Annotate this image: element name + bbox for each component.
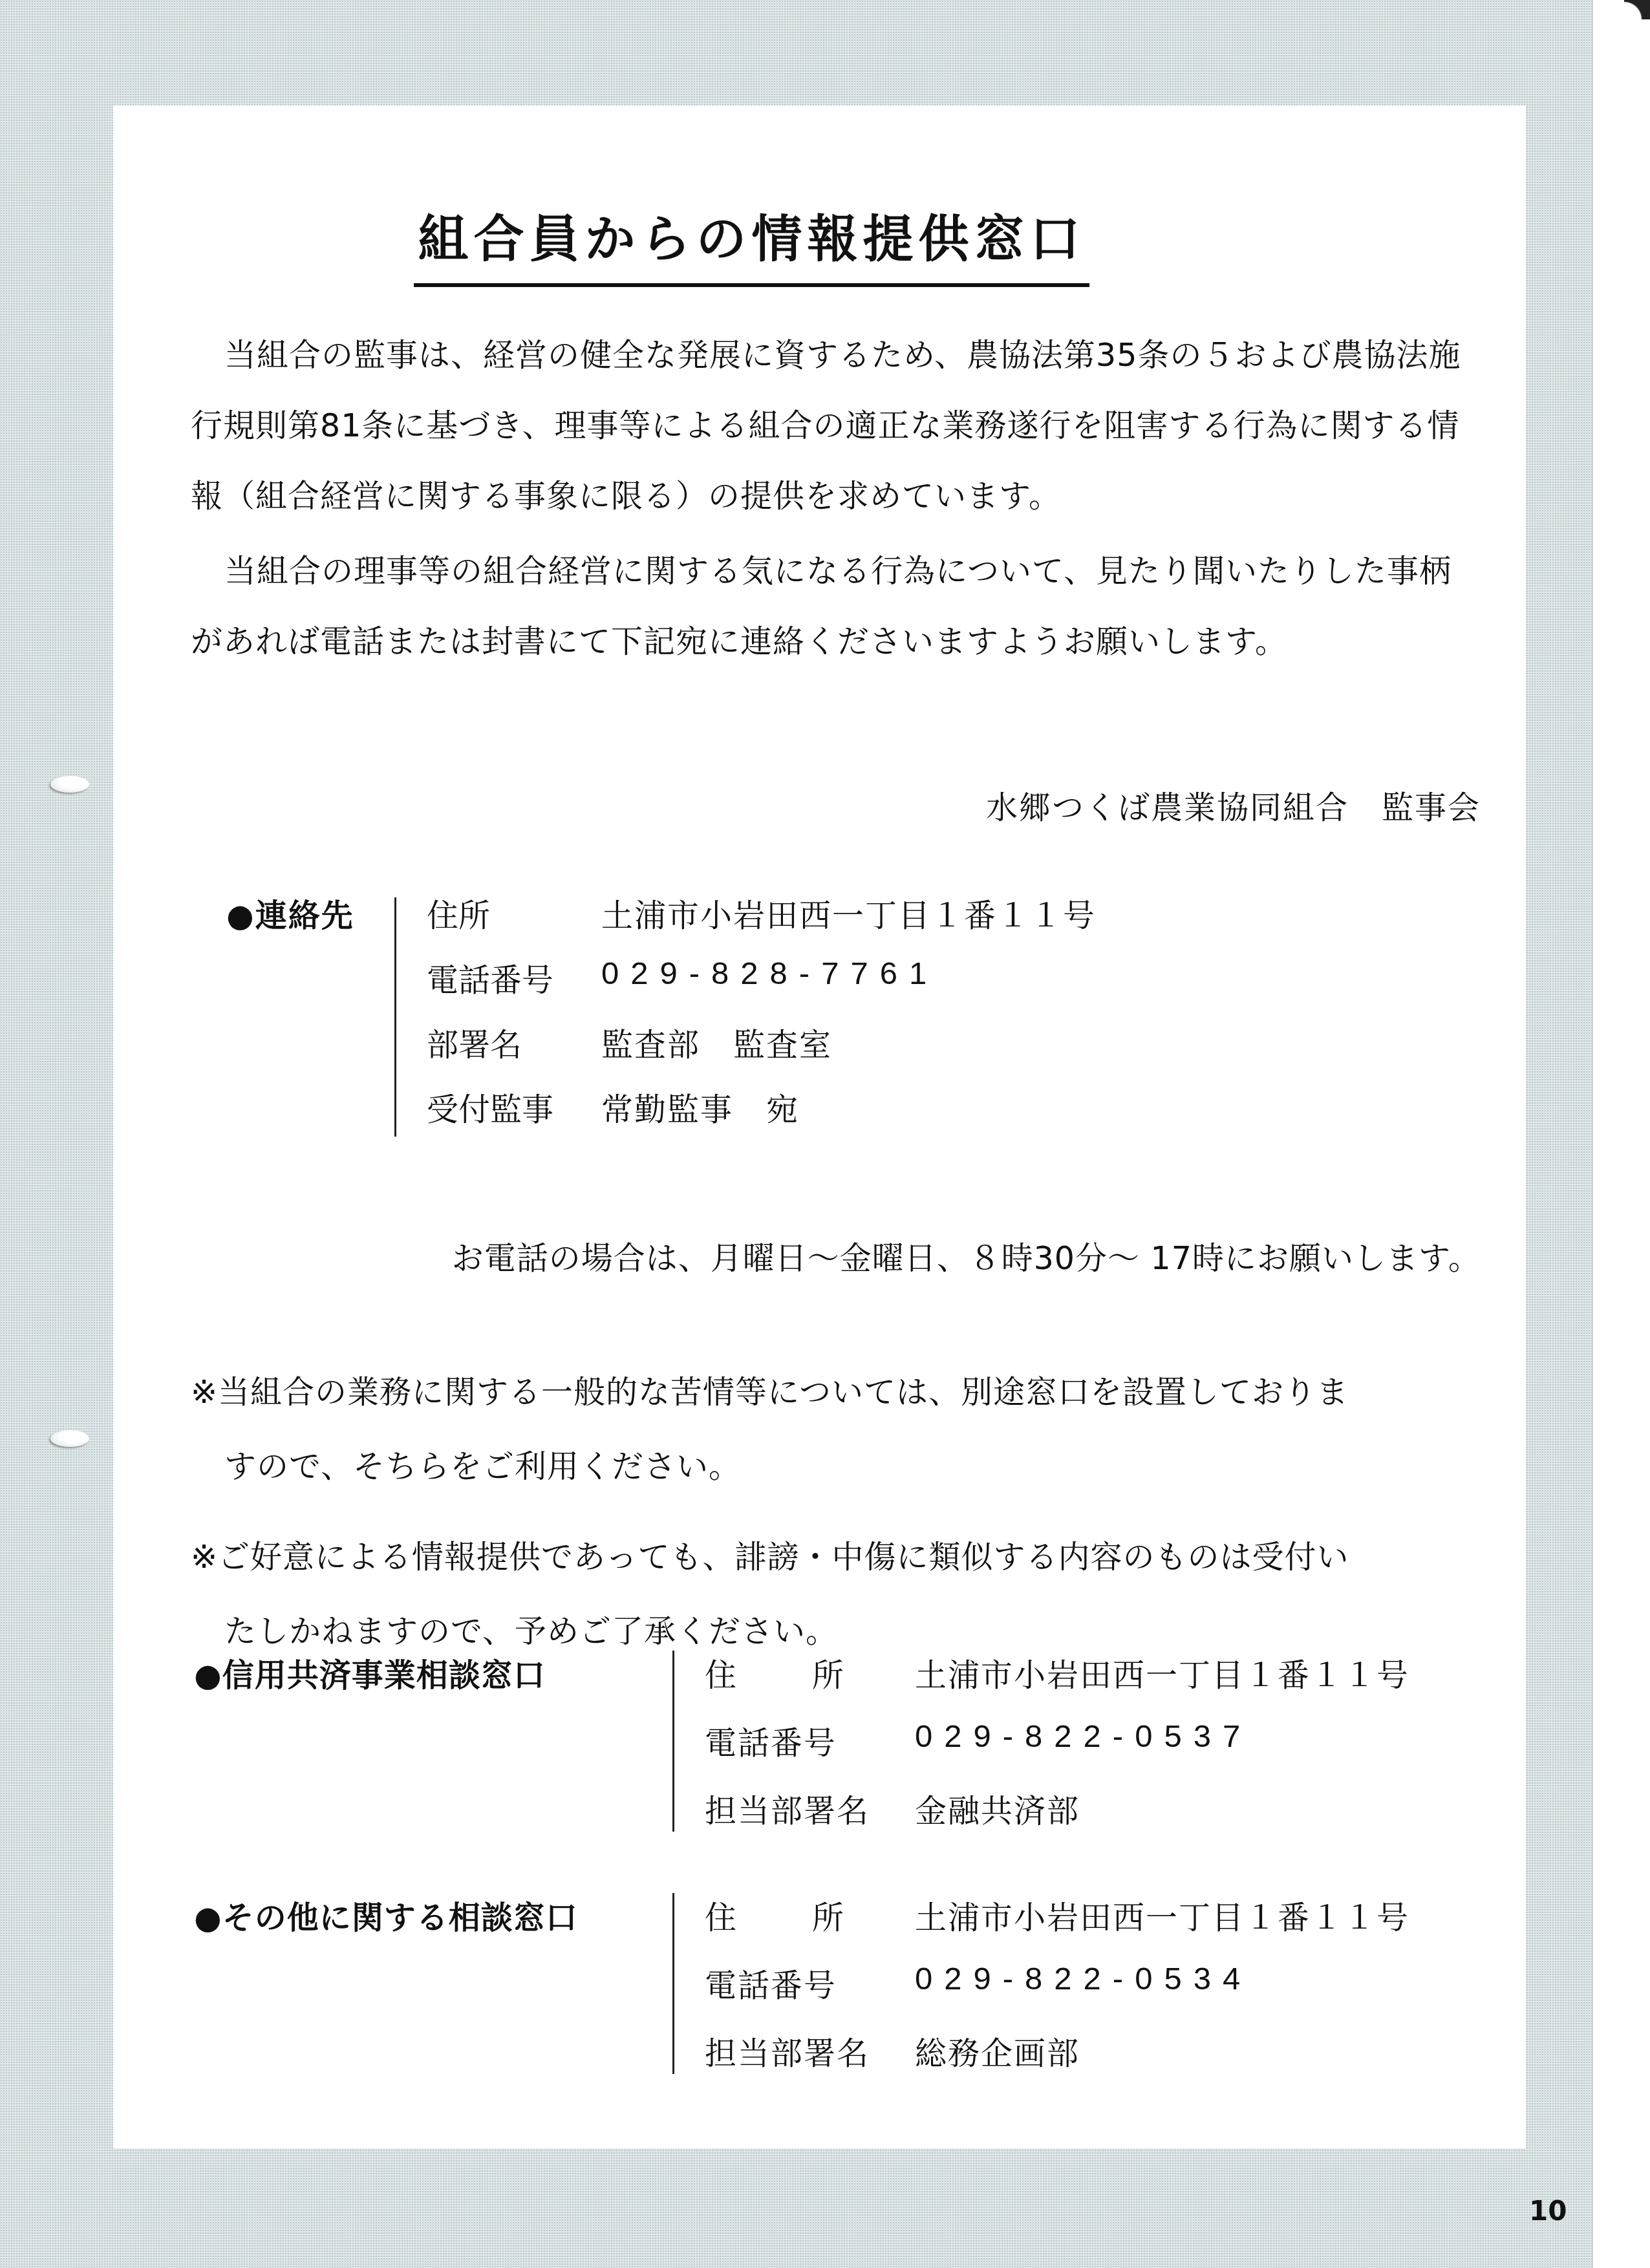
contact-rows: 住所 土浦市小岩田西一丁目１番１１号 電話番号 029-828-7761 部署名… [427, 891, 1138, 1150]
intro-paragraph-1: 当組合の監事は、経営の健全な発展に資するため、農協法第35条の５および農協法施行… [191, 320, 1461, 531]
window-phone: 029-822-0534 [915, 1961, 1252, 2029]
binder-hole-icon [50, 776, 89, 793]
contact-key: 電話番号 [427, 956, 601, 1020]
title-container: 組合員からの情報提供窓口 [113, 199, 1526, 287]
window-rows: 住 所 土浦市小岩田西一丁目１番１１号 電話番号 029-822-0534 担当… [705, 1893, 1481, 2097]
contact-row-department: 部署名 監査部 監査室 [427, 1020, 1138, 1085]
window-label: ●信用共済事業相談窓口 [194, 1651, 546, 1696]
window-row-department: 担当部署名 総務企画部 [705, 2029, 1481, 2097]
content-panel: 組合員からの情報提供窓口 当組合の監事は、経営の健全な発展に資するため、農協法第… [113, 105, 1526, 2148]
note-defamation: ※ご好意による情報提供であっても、誹謗・中傷に類似する内容のものは受付い たしか… [191, 1520, 1471, 1669]
window-label: ●その他に関する相談窓口 [194, 1893, 578, 1938]
page-number: 10 [1529, 2195, 1567, 2227]
window-key-char: 住 [705, 1893, 736, 1961]
page-corner-shadow [1624, 0, 1650, 19]
signature: 水郷つくば農業協同組合 監事会 [986, 783, 1481, 828]
window-row-phone: 電話番号 029-822-0534 [705, 1961, 1481, 2029]
window-key: 担当部署名 [705, 1786, 915, 1854]
window-key: 電話番号 [705, 1961, 915, 2029]
note-line: すので、そちらをご利用ください。 [191, 1429, 1471, 1504]
window-row-department: 担当部署名 金融共済部 [705, 1786, 1481, 1854]
window-key-char: 住 [705, 1651, 736, 1718]
contact-row-recipient: 受付監事 常勤監事 宛 [427, 1085, 1138, 1150]
contact-key: 住所 [427, 891, 601, 956]
window-department: 金融共済部 [915, 1786, 1080, 1854]
binder-hole-icon [50, 1430, 89, 1447]
window-key: 担当部署名 [705, 2029, 915, 2097]
window-row-address: 住 所 土浦市小岩田西一丁目１番１１号 [705, 1651, 1481, 1718]
contact-recipient: 常勤監事 宛 [601, 1085, 799, 1150]
window-key-char: 所 [812, 1893, 844, 1961]
intro-paragraph-2: 当組合の理事等の組合経営に関する気になる行為について、見たり聞いたりした事柄があ… [191, 536, 1461, 677]
window-row-phone: 電話番号 029-822-0537 [705, 1718, 1481, 1786]
page-title: 組合員からの情報提供窓口 [414, 199, 1089, 287]
contact-key: 受付監事 [427, 1085, 601, 1150]
page-edge-strip [1593, 0, 1650, 2268]
window-phone: 029-822-0537 [915, 1718, 1252, 1786]
contact-key: 部署名 [427, 1020, 601, 1085]
phone-hours: お電話の場合は、月曜日～金曜日、８時30分～ 17時にお願いします。 [452, 1234, 1481, 1279]
window-address: 土浦市小岩田西一丁目１番１１号 [915, 1651, 1409, 1718]
note-complaints: ※当組合の業務に関する一般的な苦情等については、別途窓口を設置しておりま すので… [191, 1355, 1471, 1504]
window-divider [672, 1651, 674, 1832]
window-rows: 住 所 土浦市小岩田西一丁目１番１１号 電話番号 029-822-0537 担当… [705, 1651, 1481, 1854]
window-key: 住 所 [705, 1651, 844, 1718]
contact-label: ●連絡先 [226, 891, 354, 936]
note-line: ※ご好意による情報提供であっても、誹謗・中傷に類似する内容のものは受付い [191, 1520, 1471, 1594]
window-key: 電話番号 [705, 1718, 915, 1786]
window-department: 総務企画部 [915, 2029, 1080, 2097]
window-row-address: 住 所 土浦市小岩田西一丁目１番１１号 [705, 1893, 1481, 1961]
window-key-char: 所 [812, 1651, 844, 1718]
contact-phone: 029-828-7761 [601, 956, 938, 1020]
contact-department: 監査部 監査室 [601, 1020, 832, 1085]
note-line: ※当組合の業務に関する一般的な苦情等については、別途窓口を設置しておりま [191, 1355, 1471, 1429]
window-address: 土浦市小岩田西一丁目１番１１号 [915, 1893, 1409, 1961]
window-key: 住 所 [705, 1893, 844, 1961]
contact-row-phone: 電話番号 029-828-7761 [427, 956, 1138, 1020]
window-divider [672, 1893, 674, 2074]
contact-address: 土浦市小岩田西一丁目１番１１号 [601, 891, 1096, 956]
contact-row-address: 住所 土浦市小岩田西一丁目１番１１号 [427, 891, 1138, 956]
contact-divider [394, 897, 396, 1137]
